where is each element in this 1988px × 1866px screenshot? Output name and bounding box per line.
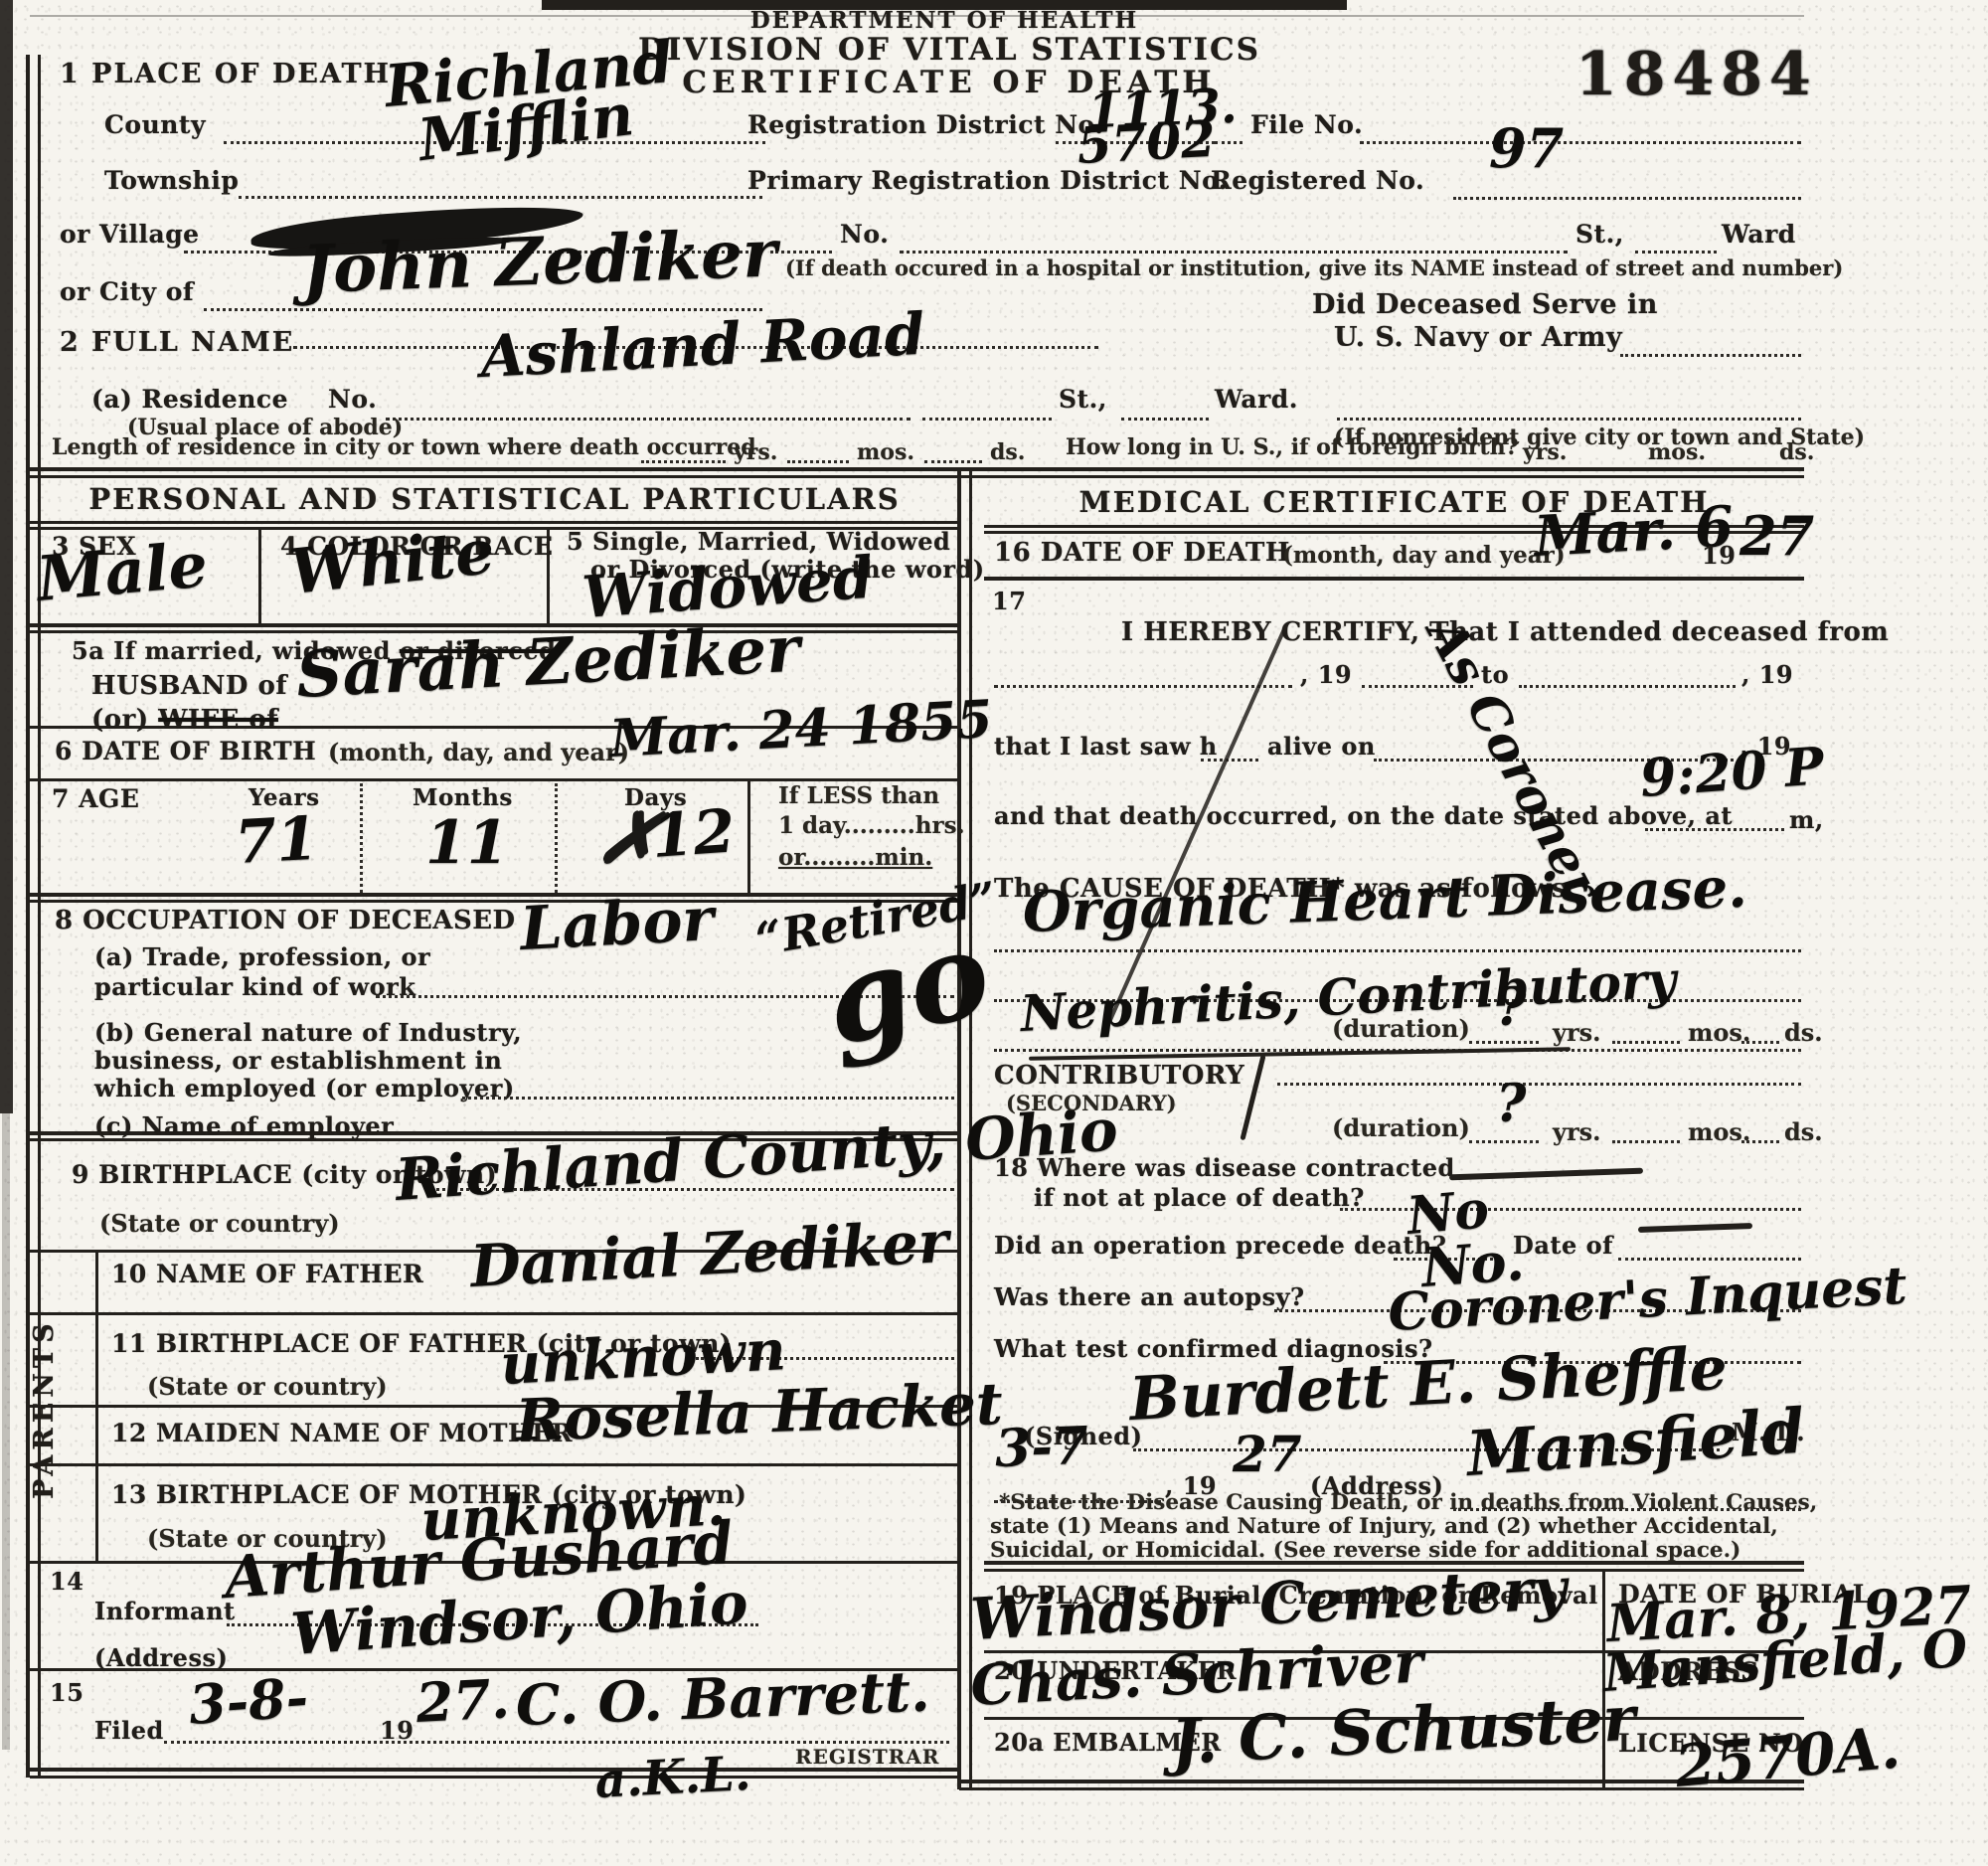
death-occurred-label: and that death occurred, on the date sta… <box>994 803 1733 829</box>
mother-name-label: 12 MAIDEN NAME OF MOTHER <box>111 1420 573 1447</box>
sign-date-value: 3-7 <box>994 1421 1089 1475</box>
served-line2: U. S. Navy or Army <box>1334 323 1622 353</box>
age-label: 7 AGE <box>52 785 139 813</box>
filed-num: 15 <box>50 1680 83 1706</box>
left-bottom-rule-2 <box>30 1776 959 1779</box>
section-divider-top-2 <box>30 475 1804 478</box>
birth-label: 6 DATE OF BIRTH <box>55 738 316 765</box>
date-of-label: Date of <box>1513 1233 1613 1259</box>
rule-row12-bottom <box>30 1463 959 1466</box>
length-yrs: yrs. <box>734 440 777 464</box>
autopsy-label: Was there an autopsy? <box>994 1284 1305 1310</box>
certify-num: 17 <box>992 589 1026 614</box>
length-foreign-label: How long in U. S., if of foreign birth? <box>1066 435 1518 459</box>
hospital-line-c <box>1635 221 1717 254</box>
duration2-label: (duration) <box>1332 1115 1470 1141</box>
duration1-line2 <box>1612 1014 1680 1044</box>
hospital-line-a <box>770 221 832 254</box>
form-left-border-inner <box>38 55 41 1778</box>
informant-label: Informant <box>94 1599 236 1624</box>
duration1-value: ? <box>1496 982 1526 1034</box>
certify-line: I HEREBY CERTIFY, That I attended deceas… <box>1121 618 1889 647</box>
age-years-value: 71 <box>234 809 320 873</box>
occupation-scrawl: go <box>815 914 999 1064</box>
residence-line-a <box>386 388 911 421</box>
parents-vertical-label: PARENTS <box>30 1261 60 1499</box>
full-name-label: 2 FULL NAME <box>60 328 294 358</box>
spouse-label3a: (or) <box>91 705 158 735</box>
lastsaw-label: that I last saw h <box>994 734 1218 760</box>
contributory-label: CONTRIBUTORY <box>994 1062 1244 1091</box>
duration2-line3 <box>1741 1113 1779 1143</box>
q18-line1: 18 Where was disease contracted <box>994 1155 1455 1181</box>
registrar-initials: a.K.L. <box>593 1750 751 1805</box>
footnote-line1: *State the Disease Causing Death, or in … <box>999 1491 1817 1515</box>
age-less-line3: or.........min. <box>778 845 932 870</box>
birth-value: Mar. 24 1855 <box>608 694 993 765</box>
residence-line-b <box>922 388 1052 421</box>
parents-gutter-line <box>95 1250 98 1561</box>
rule-row10-bottom <box>30 1312 959 1315</box>
birth-sub: (month, day, and year) <box>328 740 629 765</box>
divider-sex-race <box>258 528 261 623</box>
residence-label: (a) Residence <box>91 386 288 414</box>
age-days-value: 12 <box>650 801 737 867</box>
q18-line2: if not at place of death? <box>1034 1185 1365 1211</box>
township-line <box>239 167 762 199</box>
header-department: DEPARTMENT OF HEALTH <box>596 8 1292 33</box>
registered-no-label: Registered No. <box>1211 167 1424 195</box>
spouse-label2: HUSBAND of <box>91 672 287 701</box>
length-ds: ds. <box>990 440 1025 464</box>
rule-row345-bottom-1 <box>30 623 959 627</box>
place-of-death-section-label: 1 PLACE OF DEATH <box>60 60 391 89</box>
occupation-b-line <box>462 1068 954 1100</box>
informant-num: 14 <box>50 1569 83 1595</box>
hospital-line-b <box>900 221 1568 254</box>
spouse-label3: (or) WIFE of <box>91 706 278 735</box>
registered-no-line <box>1453 167 1801 200</box>
footnote-line2: state (1) Means and Nature of Injury, an… <box>990 1515 1778 1539</box>
hospital-st-label: St., <box>1575 221 1624 249</box>
residence-line-c <box>1121 388 1209 421</box>
certify-y1: , 19 <box>1300 662 1352 688</box>
rule-row16-bottom <box>984 577 1804 581</box>
file-no-label: File No. <box>1250 111 1363 139</box>
age-months-header: Months <box>413 785 513 810</box>
township-label: Township <box>104 167 239 195</box>
duration2-ds: ds. <box>1784 1119 1823 1145</box>
father-name-label: 10 NAME OF FATHER <box>111 1261 423 1288</box>
spouse-label3b-struck: WIFE of <box>158 705 278 735</box>
village-label: or Village <box>60 221 200 249</box>
county-label: County <box>104 111 206 139</box>
residence-no-label: No. <box>328 386 377 414</box>
occupation-b2: business, or establishment in <box>94 1048 502 1074</box>
certify-to-line <box>1519 658 1736 688</box>
left-edge-bar-tail <box>2 1113 10 1750</box>
dod-label: 16 DATE OF DEATH <box>994 539 1290 568</box>
hospital-ward-label: Ward <box>1722 221 1796 249</box>
contributory-line <box>1277 1056 1801 1086</box>
time-m-label: m, <box>1789 807 1824 833</box>
certify-y2: , 19 <box>1741 662 1793 688</box>
footnote-line3: Suicidal, or Homicidal. (See reverse sid… <box>990 1539 1740 1563</box>
filed-label: Filed <box>94 1718 164 1744</box>
hospital-note: (If death occured in a hospital or insti… <box>785 256 1843 279</box>
full-name-value: John Zediker <box>301 220 778 302</box>
length-yrs2: yrs. <box>1523 440 1567 464</box>
rule-row6-bottom <box>30 778 959 781</box>
mother-name-value: Rosella Hacket <box>515 1375 1004 1449</box>
primary-district-value: 5702 <box>1076 114 1217 171</box>
duration2-line2 <box>1612 1113 1680 1143</box>
age-less-line2: 1 day.........hrs. <box>778 813 965 838</box>
residence-ward-label: Ward. <box>1215 386 1298 414</box>
residence-line-d <box>1337 388 1801 421</box>
certify-from-line <box>994 658 1292 688</box>
sex-value: Male <box>35 534 211 610</box>
operation-label: Did an operation precede death? <box>994 1233 1446 1259</box>
aliveon-label: alive on <box>1267 734 1376 760</box>
primary-district-label: Primary Registration District No. <box>747 167 1228 195</box>
burial-value: Windsor Cemetery <box>969 1560 1568 1648</box>
age-less-line1: If LESS than <box>778 783 939 808</box>
form-left-border-outer <box>26 55 30 1778</box>
birthplace-sub: (State or country) <box>99 1211 340 1237</box>
rule-row7-bottom-1 <box>30 893 959 897</box>
occupation-b3: which employed (or employer) <box>94 1076 515 1102</box>
duration1-label: (duration) <box>1332 1016 1470 1042</box>
duration2-yrs: yrs. <box>1553 1119 1600 1145</box>
registrar-label: REGISTRAR <box>795 1746 939 1768</box>
occupation-c: (c) Name of employer <box>94 1113 394 1139</box>
occupation-label: 8 OCCUPATION OF DECEASED <box>55 907 516 935</box>
license-value: 2570A. <box>1673 1718 1903 1795</box>
father-bp-sub: (State or country) <box>147 1374 388 1400</box>
age-months-value: 11 <box>425 813 509 873</box>
left-edge-bar <box>0 0 13 1113</box>
informant-addr-label: (Address) <box>94 1645 228 1671</box>
section-divider-top-1 <box>30 467 1804 471</box>
race-value: White <box>287 521 498 603</box>
residence-st-label: St., <box>1059 386 1107 414</box>
file-no-line <box>1360 111 1801 144</box>
served-line <box>1620 324 1801 357</box>
time-value: 9:20 P <box>1638 741 1825 805</box>
occupation-a2: particular kind of work <box>94 974 415 1000</box>
length-line-mos <box>787 435 849 463</box>
death-certificate-scan: DEPARTMENT OF HEALTH DIVISION OF VITAL S… <box>0 0 1988 1866</box>
date-of-line <box>1618 1231 1801 1261</box>
length-mos: mos. <box>857 440 914 464</box>
length-line-ds <box>924 435 982 463</box>
left-header-rule-1 <box>30 521 959 524</box>
divider-age-years-months <box>360 783 363 893</box>
duration1-line3 <box>1741 1014 1779 1044</box>
registration-district-label: Registration District No. <box>747 111 1103 139</box>
dod-year-value: 27 <box>1739 509 1814 563</box>
length-ds2: ds. <box>1779 440 1814 464</box>
contributory-sub: (SECONDARY) <box>1006 1092 1177 1114</box>
duration2-value: ? <box>1496 1079 1526 1130</box>
occupation-b1: (b) General nature of Industry, <box>94 1020 522 1046</box>
hospital-no-label: No. <box>840 221 889 249</box>
sign-year-value: 27 <box>1233 1430 1302 1479</box>
city-label: or City of <box>60 278 194 306</box>
registration-district-line2 <box>1215 111 1242 144</box>
length-mos2: mos. <box>1648 440 1706 464</box>
divider-age-days-less <box>747 781 750 893</box>
duration1-ds: ds. <box>1784 1020 1823 1046</box>
personal-header: PERSONAL AND STATISTICAL PARTICULARS <box>30 484 959 516</box>
dod-year-printed: 19 <box>1702 543 1736 569</box>
father-name-value: Danial Zediker <box>469 1213 950 1295</box>
divider-age-months-days <box>555 783 558 893</box>
file-stamp-number: 18484 <box>1575 42 1818 107</box>
served-line1: Did Deceased Serve in <box>1312 290 1658 320</box>
duration1-yrs: yrs. <box>1553 1020 1600 1046</box>
length-line-yrs <box>641 435 726 463</box>
occupation-a-value: Labor <box>519 890 716 959</box>
registrar-value: C. O. Barrett. <box>515 1663 930 1734</box>
dod-sub: (month, day and year) <box>1282 543 1566 568</box>
q18-dash <box>1449 1168 1643 1181</box>
